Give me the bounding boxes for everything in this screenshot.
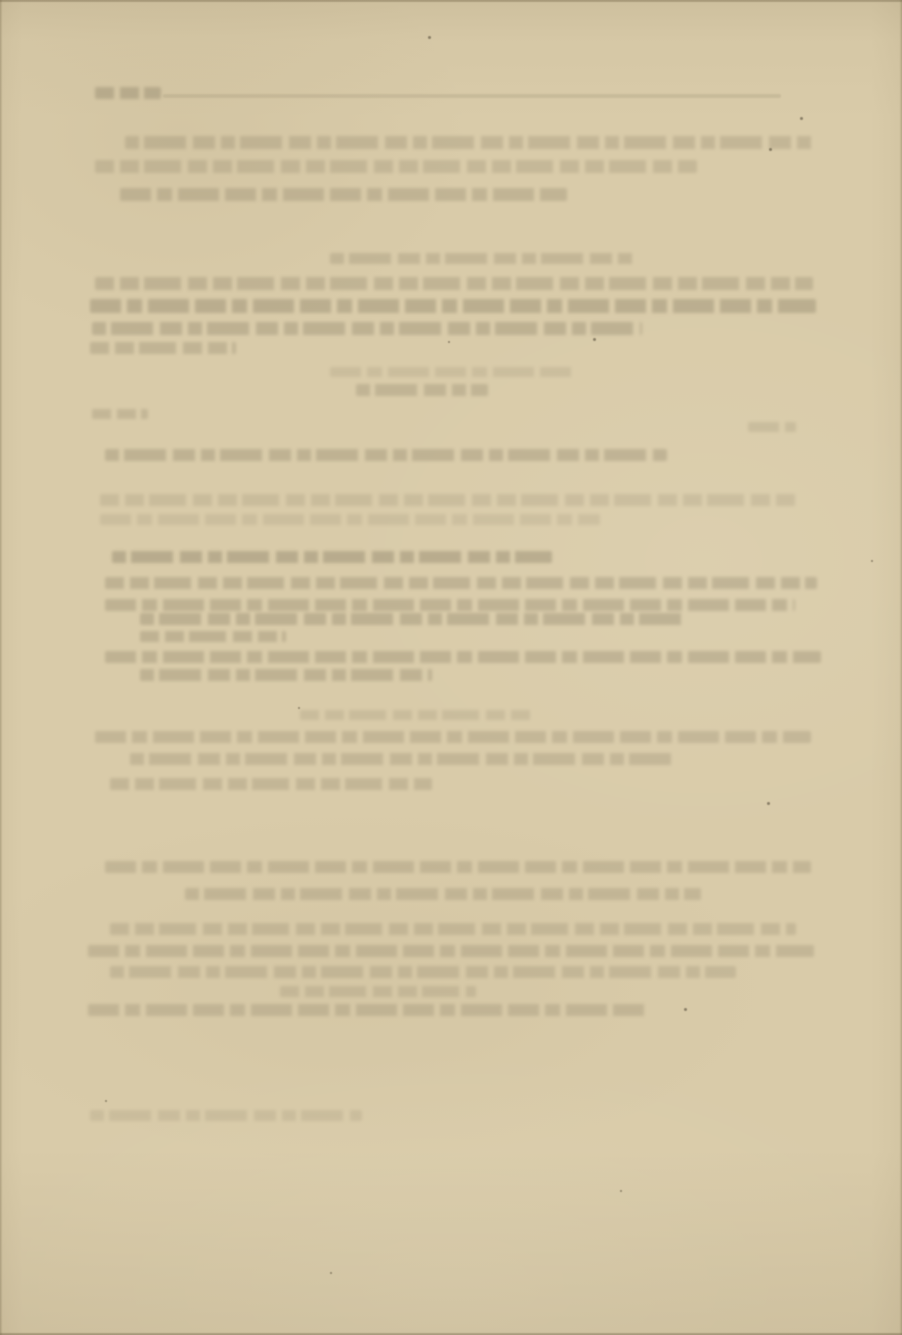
paper-speck xyxy=(684,1008,687,1011)
faded-header-rule xyxy=(163,94,781,98)
faded-text-line xyxy=(95,160,697,173)
faded-text-line xyxy=(90,1110,362,1121)
faded-text-line xyxy=(95,731,811,743)
faded-text-line xyxy=(110,923,796,935)
faded-text-line xyxy=(125,136,813,149)
faded-text-line xyxy=(95,277,813,290)
paper-speck xyxy=(769,148,772,151)
paper-speck xyxy=(105,1100,107,1102)
faded-text-line xyxy=(300,710,532,720)
faded-text-line xyxy=(100,494,800,506)
faded-text-line xyxy=(330,367,572,377)
paper-speck xyxy=(620,1190,622,1192)
paper-speck xyxy=(298,707,300,709)
faded-text-line xyxy=(90,342,236,354)
paper-speck xyxy=(767,802,770,805)
faded-text-line xyxy=(88,945,814,957)
faded-text-line xyxy=(110,966,736,978)
faded-text-line xyxy=(140,631,286,642)
faded-text-line xyxy=(105,577,817,589)
faded-text-line xyxy=(330,253,635,264)
paper-speck xyxy=(593,338,596,341)
scanned-page xyxy=(0,0,902,1335)
faded-text-line xyxy=(140,669,432,681)
faded-text-line xyxy=(95,87,161,99)
faded-text-line xyxy=(105,449,667,461)
faded-text-line xyxy=(280,986,476,997)
faded-text-line xyxy=(100,514,600,525)
faded-text-line xyxy=(105,861,811,873)
paper-speck xyxy=(800,117,803,120)
faded-text-line xyxy=(105,599,795,611)
faded-text-line xyxy=(140,613,685,625)
faded-text-line xyxy=(130,753,672,765)
faded-text-line xyxy=(90,299,816,313)
paper-speck xyxy=(448,341,450,343)
faded-text-line xyxy=(120,188,567,201)
faded-text-line xyxy=(112,551,552,563)
paper-speck xyxy=(871,560,873,562)
faded-text-line xyxy=(92,409,148,419)
paper-speck xyxy=(330,1272,332,1274)
faded-text-line xyxy=(110,778,432,790)
faded-text-line xyxy=(105,651,821,663)
faded-text-line xyxy=(88,1004,650,1016)
paper-speck xyxy=(428,36,431,39)
faded-text-line xyxy=(92,322,642,335)
faded-text-line xyxy=(356,384,488,396)
faded-text-line xyxy=(185,888,701,900)
faded-text-line xyxy=(748,422,796,432)
